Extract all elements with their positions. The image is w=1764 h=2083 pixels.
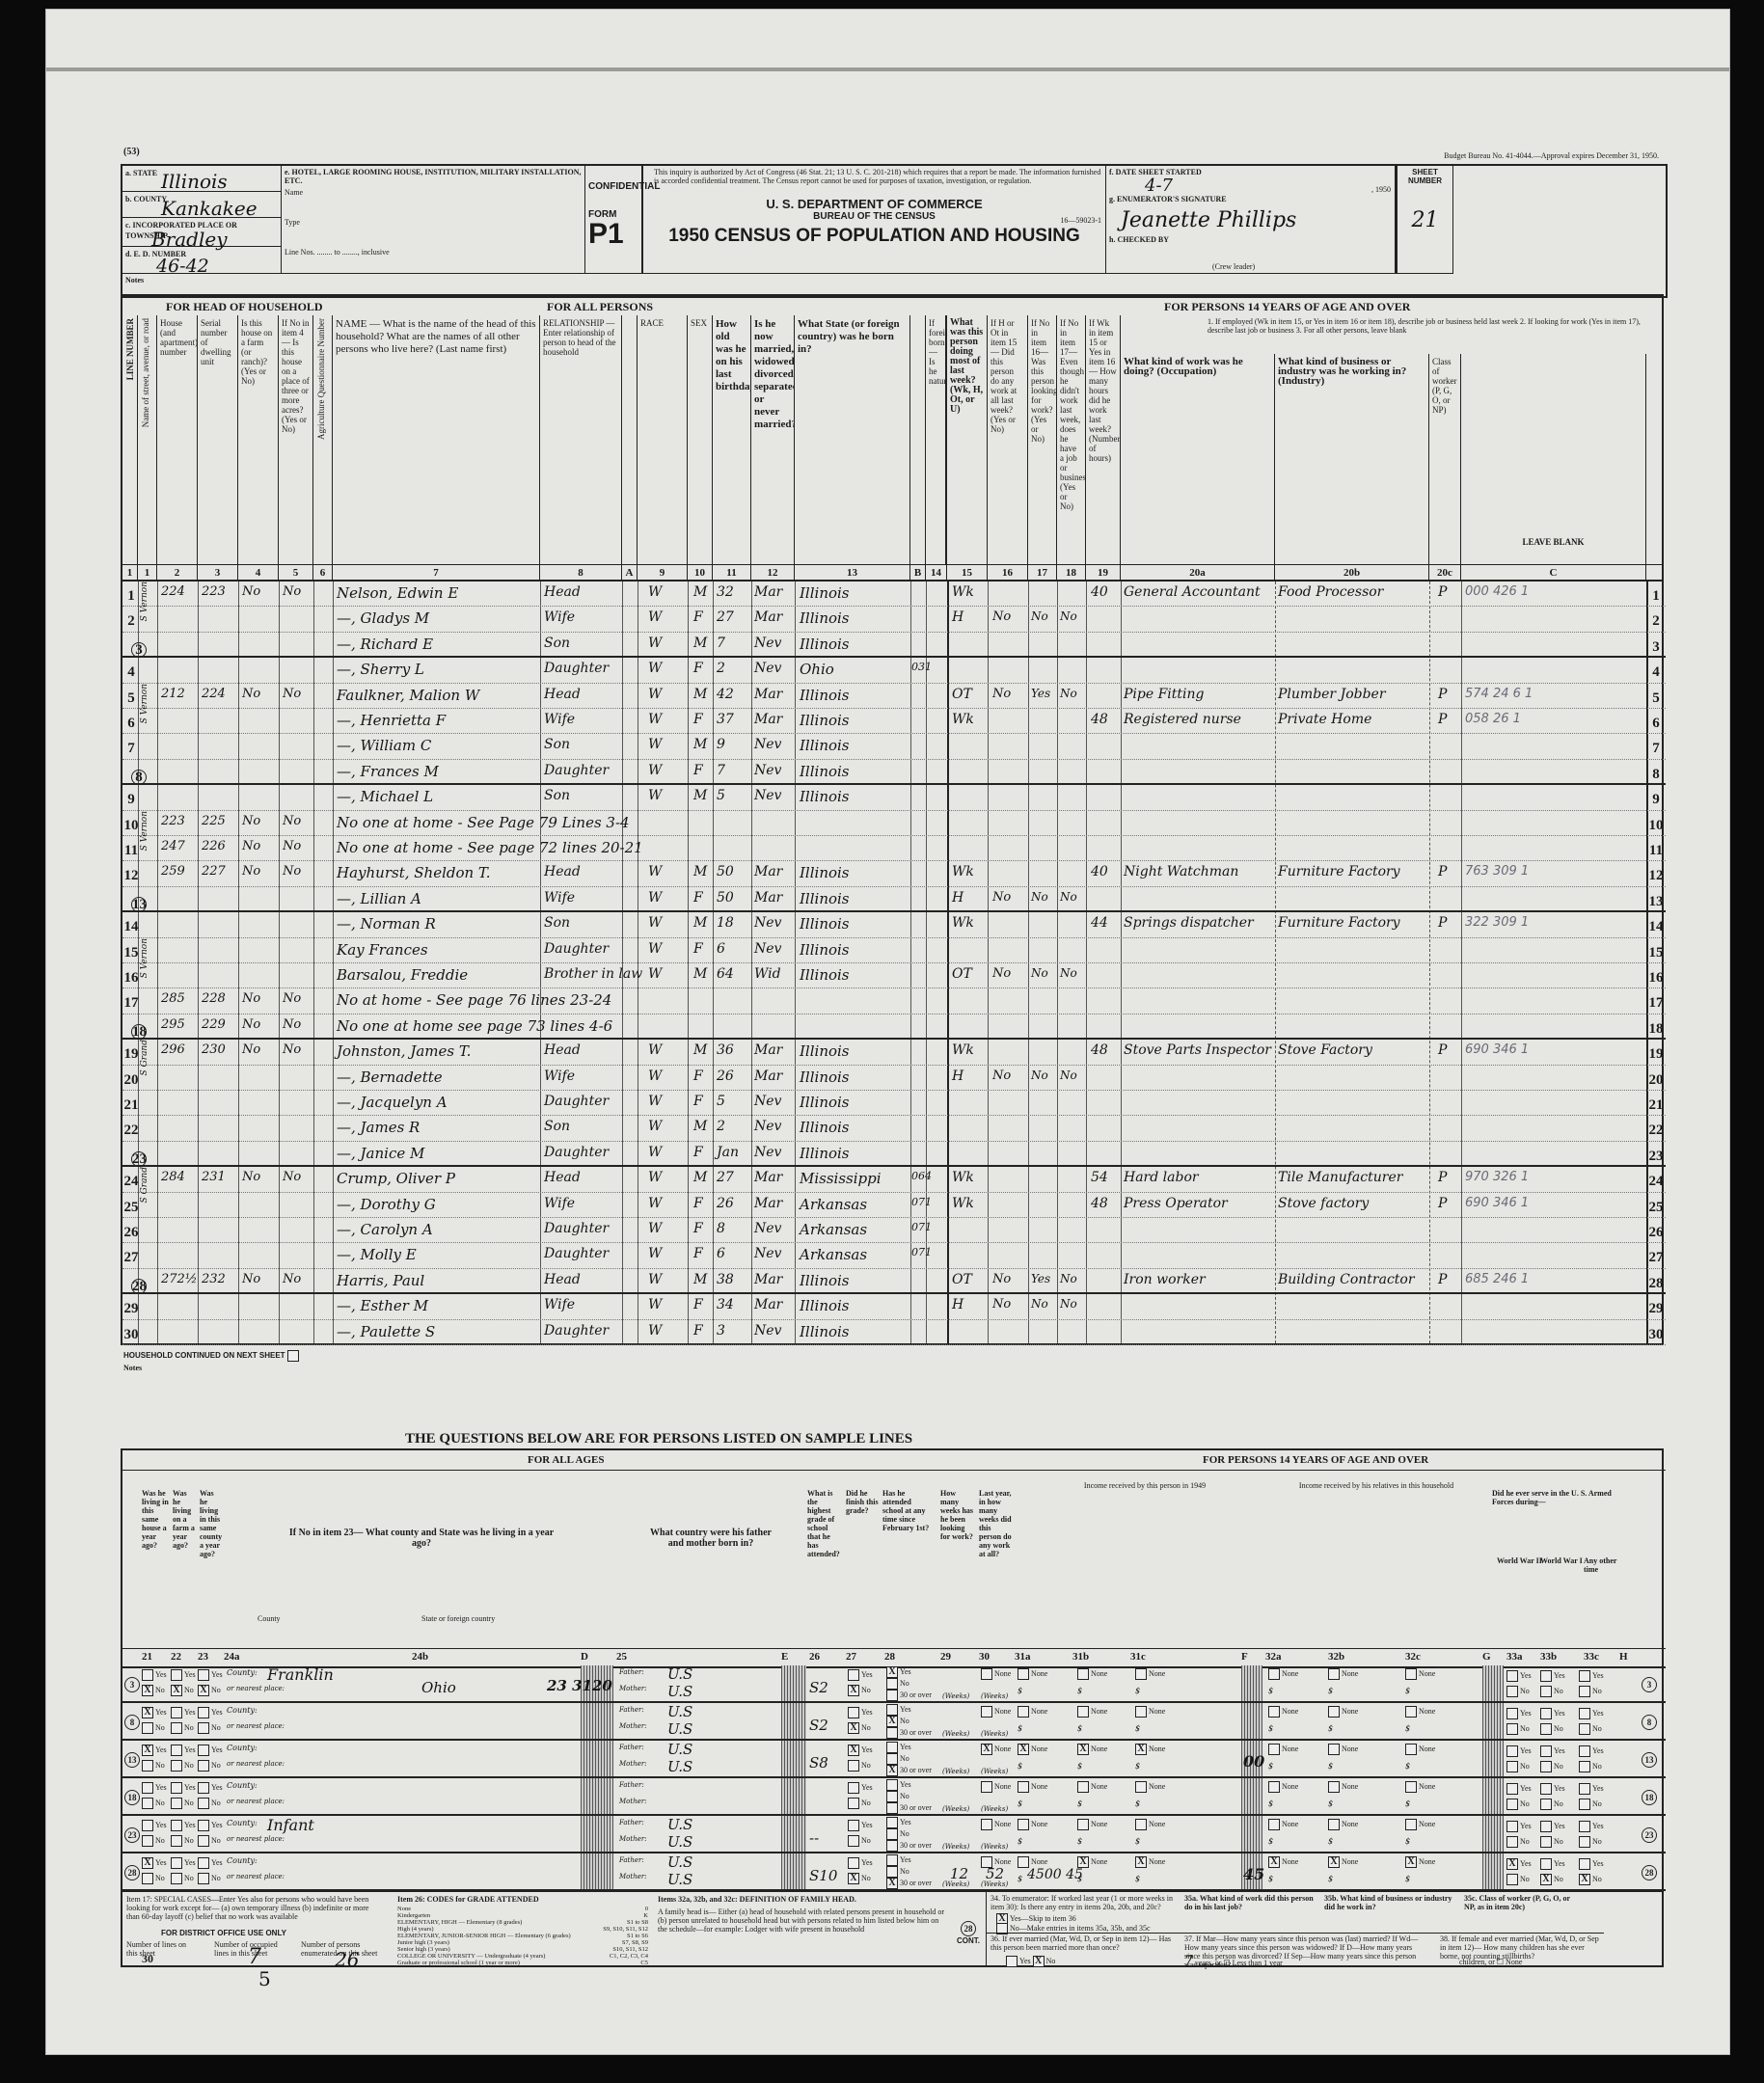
other-no[interactable]: No	[1579, 1761, 1602, 1772]
section-persons-14: FOR PERSONS 14 YEARS OF AGE AND OVER	[1164, 300, 1410, 314]
inc32-none[interactable]: None	[1405, 1668, 1435, 1680]
sample-c23-no[interactable]: No	[198, 1798, 221, 1809]
line-number-right: 12	[1647, 868, 1665, 884]
house-number-cell: 285	[161, 991, 185, 1006]
attend-yes[interactable]: Yes	[886, 1779, 911, 1791]
inc32-none[interactable]: XNone	[1405, 1856, 1435, 1868]
inc32-none[interactable]: XNone	[1268, 1856, 1298, 1868]
q38-text: 38. If female and ever married (Mar, Wd,…	[1440, 1934, 1604, 1961]
other-no[interactable]: XNo	[1579, 1874, 1602, 1885]
ww2-no[interactable]: No	[1506, 1874, 1530, 1885]
enumerator-block: f. DATE SHEET STARTED 4-7 , 1950 g. ENUM…	[1106, 166, 1396, 274]
sample-c21-yes[interactable]: XYes	[142, 1857, 167, 1869]
dollar-sign: $	[1328, 1799, 1333, 1808]
race-cell: W	[648, 763, 662, 778]
dept-title: U. S. DEPARTMENT OF COMMERCE	[646, 197, 1102, 211]
other-yes[interactable]: Yes	[1579, 1745, 1604, 1757]
col-agriculture: Agriculture Questionnaire Number	[313, 315, 333, 564]
name-cell: —, James R	[337, 1119, 420, 1136]
line-number-right: 10	[1647, 818, 1665, 834]
col-race: RACE	[638, 315, 688, 564]
sample-c22-no[interactable]: XNo	[171, 1685, 194, 1696]
relationship-cell: Head	[544, 1042, 581, 1058]
sample-c22-no[interactable]: No	[171, 1760, 194, 1772]
marital-cell: Mar	[754, 1297, 782, 1312]
inc32-none[interactable]: None	[1328, 1781, 1358, 1793]
ww2-no[interactable]: No	[1506, 1686, 1530, 1697]
sample-c22-yes[interactable]: Yes	[171, 1820, 196, 1831]
farm-cell: No	[242, 1272, 260, 1286]
grade-code-row: Junior high (3 years)S7, S8, S9	[397, 1939, 648, 1946]
sample-c21-no[interactable]: No	[142, 1835, 165, 1847]
colnum: 13	[795, 564, 910, 582]
sample-c23-yes[interactable]: Yes	[198, 1669, 223, 1681]
dollar-sign: $	[1018, 1837, 1022, 1846]
sample-colnum: 31c	[1130, 1651, 1146, 1663]
relationship-cell: Head	[544, 687, 581, 702]
inc31b-none[interactable]: XNone	[1077, 1744, 1107, 1755]
sample-c22-yes[interactable]: Yes	[171, 1745, 196, 1756]
sample-c22-no[interactable]: No	[171, 1835, 194, 1847]
other-yes[interactable]: Yes	[1579, 1783, 1604, 1795]
table-row: 2323—, Janice MDaughterWFJanNevIllinois	[122, 1142, 1666, 1167]
sample-c23-yes[interactable]: Yes	[198, 1707, 223, 1718]
sample-c22-yes[interactable]: Yes	[171, 1782, 196, 1794]
line-number-right: 21	[1647, 1097, 1665, 1114]
attend-yes[interactable]: Yes	[886, 1854, 911, 1866]
ww1-yes[interactable]: Yes	[1540, 1745, 1565, 1757]
inc32-none[interactable]: None	[1405, 1706, 1435, 1718]
state-label: a. STATE	[125, 169, 157, 177]
table-row: 2929—, Esther MWifeWF34MarIllinoisHNoNoN…	[122, 1294, 1666, 1319]
inc32-none[interactable]: None	[1405, 1744, 1435, 1755]
finish-yes[interactable]: Yes	[848, 1669, 873, 1681]
household-continued-checkbox[interactable]	[287, 1350, 299, 1362]
attend-no[interactable]: No	[886, 1866, 909, 1878]
inc31c-none[interactable]: None	[1135, 1668, 1165, 1680]
attend-no[interactable]: No	[886, 1828, 909, 1840]
inc32-none[interactable]: None	[1405, 1781, 1435, 1793]
ww2-no[interactable]: No	[1506, 1836, 1530, 1848]
sample-c23-yes[interactable]: Yes	[198, 1782, 223, 1794]
line-number: 4	[122, 664, 140, 681]
sample-col-24: If No in item 23— What county and State …	[286, 1528, 556, 1549]
dollar-sign: $	[1268, 1687, 1273, 1695]
sample-colnum: 32b	[1328, 1651, 1344, 1663]
marital-cell: Nev	[754, 1145, 781, 1160]
inc31a-none[interactable]: None	[1018, 1706, 1047, 1718]
marital-cell: Mar	[754, 864, 782, 879]
sample-c21-yes[interactable]: XYes	[142, 1707, 167, 1718]
sample-col-23: Was he living in this same county a year…	[200, 1489, 223, 1558]
mother-country: U.S	[667, 1871, 692, 1888]
attend-yes[interactable]: XYes	[886, 1666, 911, 1678]
name-cell: No at home - See page 76 lines 23-24	[337, 991, 611, 1009]
sample-c23-no[interactable]: No	[198, 1722, 221, 1734]
attend-30-over[interactable]: 30 or over	[886, 1690, 932, 1701]
sample-col-26: What is the highest grade of school that…	[807, 1489, 842, 1558]
col-has-job: If No in item 17— Even though he didn't …	[1057, 315, 1086, 564]
date-value: 4-7	[1145, 176, 1173, 196]
sample-c22-yes[interactable]: Yes	[171, 1857, 196, 1869]
line-number: 24	[122, 1174, 140, 1190]
sample-c23-yes[interactable]: Yes	[198, 1745, 223, 1756]
age-cell: 50	[717, 890, 734, 906]
race-cell: W	[648, 1272, 662, 1287]
q36-answer[interactable]: Yes XNo	[1006, 1956, 1055, 1967]
occupation-cell: Night Watchman	[1124, 864, 1238, 879]
class-cell: P	[1438, 1042, 1447, 1058]
sample-c23-no[interactable]: XNo	[198, 1685, 221, 1696]
ww2-no[interactable]: No	[1506, 1799, 1530, 1810]
ww1-yes[interactable]: Yes	[1540, 1783, 1565, 1795]
acres-cell: No	[283, 1017, 301, 1032]
table-row: 1313—, Lillian AWifeWF50MarIllinoisHNoNo…	[122, 887, 1666, 912]
line-number-right: 26	[1647, 1225, 1665, 1241]
ww1-yes[interactable]: Yes	[1540, 1858, 1565, 1870]
ww2-yes[interactable]: Yes	[1506, 1745, 1532, 1757]
notes-label-bottom: Notes	[123, 1364, 142, 1372]
sample-c23-no[interactable]: No	[198, 1835, 221, 1847]
inc31b-none[interactable]: None	[1077, 1668, 1107, 1680]
confidential-block: CONFIDENTIAL FORM P1	[585, 166, 643, 274]
ww1-no[interactable]: No	[1540, 1799, 1563, 1810]
attend-30-over[interactable]: X30 or over	[886, 1765, 932, 1776]
dollar-sign: $	[1268, 1875, 1273, 1883]
table-row: 2626—, Carolyn ADaughterWF8NevArkansas07…	[122, 1218, 1666, 1243]
inc31a-none[interactable]: None	[1018, 1668, 1047, 1680]
sex-cell: F	[693, 609, 703, 625]
name-cell: —, Gladys M	[337, 609, 429, 627]
district-office-label: FOR DISTRICT OFFICE USE ONLY	[161, 1929, 286, 1937]
other-yes[interactable]: Yes	[1579, 1858, 1604, 1870]
code-b-cell: 071	[911, 1196, 932, 1208]
sex-cell: M	[693, 737, 707, 752]
age-cell: 37	[717, 712, 734, 727]
relationship-cell: Daughter	[544, 1221, 609, 1236]
finish-yes[interactable]: Yes	[848, 1857, 873, 1869]
sample-col-27: Did he finish this grade?	[846, 1489, 879, 1515]
birthplace-cell: Arkansas	[800, 1246, 867, 1263]
weeks-worked-none[interactable]: XNone	[981, 1744, 1011, 1755]
sample-colnum: 32a	[1265, 1651, 1282, 1663]
inc31b-none[interactable]: XNone	[1077, 1856, 1107, 1868]
sample-line-marker-right: 18	[1642, 1790, 1657, 1805]
finish-no[interactable]: No	[848, 1798, 871, 1809]
other-yes[interactable]: Yes	[1579, 1670, 1604, 1682]
other-no[interactable]: No	[1579, 1836, 1602, 1848]
dollar-sign: $	[1405, 1837, 1410, 1846]
ww2-yes[interactable]: Yes	[1506, 1708, 1532, 1719]
birthplace-cell: Illinois	[800, 712, 850, 729]
dollar-sign: $	[1328, 1687, 1333, 1695]
race-cell: W	[648, 864, 662, 879]
sample-colnum: 33b	[1540, 1651, 1557, 1663]
colnum: 11	[713, 564, 751, 582]
ww1-no[interactable]: No	[1540, 1836, 1563, 1848]
sample-c21-no[interactable]: No	[142, 1873, 165, 1884]
attend-30-over[interactable]: X30 or over	[886, 1878, 932, 1889]
ww1-yes[interactable]: Yes	[1540, 1670, 1565, 1682]
line-number: 17	[122, 995, 140, 1012]
father-label: Father:	[619, 1781, 644, 1789]
weeks-worked-none[interactable]: None	[981, 1856, 1011, 1868]
attend-30-over[interactable]: 30 or over	[886, 1840, 932, 1852]
sample-c21-no[interactable]: No	[142, 1798, 165, 1809]
other-no[interactable]: No	[1579, 1686, 1602, 1697]
industry-cell: Furniture Factory	[1278, 915, 1400, 931]
county-label: County:	[227, 1781, 258, 1790]
sample-col-24b: State or foreign country	[421, 1614, 495, 1623]
col-house: House (and apartment) number	[157, 315, 198, 564]
other-no[interactable]: No	[1579, 1723, 1602, 1735]
inc32-none[interactable]: None	[1268, 1744, 1298, 1755]
sample-line-marker: 3	[124, 1677, 140, 1692]
any-work-cell: No	[992, 890, 1011, 905]
age-cell: 9	[717, 737, 725, 752]
colnum: 20b	[1275, 564, 1429, 582]
relationship-cell: Head	[544, 1272, 581, 1287]
checked-by-label: h. CHECKED BY	[1109, 235, 1169, 244]
dollar-sign: $	[1077, 1837, 1082, 1846]
sample-colnum: 31b	[1072, 1651, 1089, 1663]
marital-cell: Mar	[754, 584, 782, 600]
sample-c21-no[interactable]: No	[142, 1760, 165, 1772]
inc31c-none[interactable]: XNone	[1135, 1744, 1165, 1755]
ww1-yes[interactable]: Yes	[1540, 1708, 1565, 1719]
nearest-place-label: or nearest place:	[227, 1798, 285, 1805]
marital-cell: Nev	[754, 737, 781, 752]
inc31a-none[interactable]: None	[1018, 1819, 1047, 1830]
nearest-place-label: or nearest place:	[227, 1722, 285, 1730]
finish-yes[interactable]: Yes	[848, 1782, 873, 1794]
institution-type-label: Type	[285, 218, 582, 227]
sheet-header: a. STATE Illinois b. COUNTY Kankakee c. …	[121, 164, 1668, 298]
col-hours: If Wk in item 15 or Yes in item 16— How …	[1086, 315, 1121, 564]
sample-c22-yes[interactable]: Yes	[171, 1707, 196, 1718]
inc32-none[interactable]: None	[1405, 1819, 1435, 1830]
attend-yes[interactable]: Yes	[886, 1817, 911, 1828]
activity-cell: Wk	[952, 712, 974, 727]
race-cell: W	[648, 1145, 662, 1160]
finish-no[interactable]: XNo	[848, 1722, 871, 1734]
sample-c21-yes[interactable]: Yes	[142, 1820, 167, 1831]
inc31c-none[interactable]: None	[1135, 1819, 1165, 1830]
attend-yes[interactable]: Yes	[886, 1742, 911, 1753]
serial-number-cell: 228	[202, 991, 226, 1006]
inc31b-none[interactable]: None	[1077, 1819, 1107, 1830]
race-cell: W	[648, 1042, 662, 1058]
line-number-right: 22	[1647, 1123, 1665, 1139]
inc32-none[interactable]: None	[1268, 1819, 1298, 1830]
inc31c-none[interactable]: None	[1135, 1706, 1165, 1718]
state-value: Illinois	[161, 170, 228, 193]
col-leave-blank-c: LEAVE BLANK	[1461, 354, 1646, 564]
sample-c23-no[interactable]: No	[198, 1873, 221, 1884]
colnum: 20c	[1429, 564, 1461, 582]
activity-cell: H	[952, 890, 963, 906]
inc32-none[interactable]: None	[1328, 1744, 1358, 1755]
occupation-cell: Pipe Fitting	[1124, 687, 1205, 702]
inc32-none[interactable]: XNone	[1328, 1856, 1358, 1868]
finish-no[interactable]: XNo	[848, 1685, 871, 1696]
other-yes[interactable]: Yes	[1579, 1821, 1604, 1832]
sample-line-marker-right: 8	[1642, 1715, 1657, 1730]
col-street: Name of street, avenue, or road	[138, 315, 157, 564]
ww2-no[interactable]: No	[1506, 1761, 1530, 1772]
inc32-none[interactable]: None	[1328, 1706, 1358, 1718]
other-yes[interactable]: Yes	[1579, 1708, 1604, 1719]
name-cell: —, Paulette S	[337, 1323, 435, 1340]
attend-no[interactable]: No	[886, 1791, 909, 1802]
ww1-yes[interactable]: Yes	[1540, 1821, 1565, 1832]
ww1-no[interactable]: No	[1540, 1723, 1563, 1735]
industry-cell: Private Home	[1278, 712, 1371, 727]
budget-note: Budget Bureau No. 41-4044.—Approval expi…	[1321, 151, 1659, 160]
ww2-yes[interactable]: Yes	[1506, 1670, 1532, 1682]
finish-no[interactable]: No	[848, 1760, 871, 1772]
inc31c-none[interactable]: XNone	[1135, 1856, 1165, 1868]
dollar-sign: $	[1405, 1799, 1410, 1808]
class-cell: P	[1438, 1272, 1447, 1287]
occupation-cell: Iron worker	[1124, 1272, 1206, 1287]
inc31b-none[interactable]: None	[1077, 1706, 1107, 1718]
attend-30-over[interactable]: 30 or over	[886, 1727, 932, 1739]
looking-cell: No	[1031, 609, 1048, 623]
activity-cell: Wk	[952, 864, 974, 879]
house-number-cell: 259	[161, 864, 185, 879]
inc31a-none[interactable]: None	[1018, 1781, 1047, 1793]
inc31a-none[interactable]: XNone	[1018, 1744, 1047, 1755]
age-cell: 32	[717, 584, 734, 600]
dollar-sign: $	[1405, 1724, 1410, 1733]
inc32-none[interactable]: None	[1268, 1706, 1298, 1718]
sample-c21-yes[interactable]: Yes	[142, 1782, 167, 1794]
weeks-worked-none[interactable]: None	[981, 1781, 1011, 1793]
sex-cell: F	[693, 890, 703, 906]
attend-no[interactable]: No	[886, 1678, 909, 1690]
inc32-none[interactable]: None	[1328, 1668, 1358, 1680]
name-cell: —, Norman R	[337, 915, 436, 933]
extra-mark: 5	[258, 1967, 271, 1990]
dollar-sign: $	[1018, 1724, 1022, 1733]
grade-code-row: High (4 years)S9, S10, S11, S12	[397, 1926, 648, 1933]
has-job-cell: No	[1060, 890, 1077, 904]
ww2-yes[interactable]: Yes	[1506, 1821, 1532, 1832]
finish-yes[interactable]: Yes	[848, 1820, 873, 1831]
sample-c23-yes[interactable]: Yes	[198, 1857, 223, 1869]
attend-no[interactable]: No	[886, 1753, 909, 1765]
sample-c22-no[interactable]: No	[171, 1873, 194, 1884]
attend-30-over[interactable]: 30 or over	[886, 1802, 932, 1814]
ww2-yes[interactable]: Yes	[1506, 1783, 1532, 1795]
sample-colnum: 32c	[1405, 1651, 1421, 1663]
attend-no[interactable]: XNo	[886, 1716, 909, 1727]
activity-cell: Wk	[952, 1042, 974, 1058]
serial-number-cell: 225	[202, 814, 226, 828]
any-work-cell: No	[992, 609, 1011, 624]
inc32-none[interactable]: None	[1328, 1819, 1358, 1830]
inc31c-none[interactable]: None	[1135, 1781, 1165, 1793]
any-work-cell: No	[992, 966, 1011, 981]
ww1-no[interactable]: No	[1540, 1686, 1563, 1697]
weeks-worked-none[interactable]: None	[981, 1706, 1011, 1718]
sample-c22-yes[interactable]: Yes	[171, 1669, 196, 1681]
looking-cell: Yes	[1031, 1272, 1050, 1285]
sheet-number-block: SHEET NUMBER 21	[1396, 166, 1453, 274]
sex-cell: M	[693, 1272, 707, 1287]
sample-c23-yes[interactable]: Yes	[198, 1820, 223, 1831]
attend-yes[interactable]: Yes	[886, 1704, 911, 1716]
table-row: 66—, Henrietta FWifeWF37MarIllinoisWk48R…	[122, 709, 1666, 734]
colnum: 9	[638, 564, 688, 582]
sample-c23-no[interactable]: No	[198, 1760, 221, 1772]
weeks-worked-none[interactable]: None	[981, 1668, 1011, 1680]
sample-colnum: E	[781, 1651, 788, 1663]
line-number-right: 23	[1647, 1149, 1665, 1165]
inc31b-none[interactable]: None	[1077, 1781, 1107, 1793]
dollar-sign: $	[1405, 1762, 1410, 1771]
line-number-right: 9	[1647, 792, 1665, 808]
finish-yes[interactable]: XYes	[848, 1745, 873, 1756]
age-cell: 6	[717, 941, 725, 957]
enumerator-signature: Jeanette Phillips	[1121, 208, 1296, 232]
ww2-no[interactable]: No	[1506, 1723, 1530, 1735]
finish-yes[interactable]: Yes	[848, 1707, 873, 1718]
weeks-looking-value: 12	[950, 1865, 968, 1882]
sample-c21-no[interactable]: No	[142, 1722, 165, 1734]
ww1-no[interactable]: XNo	[1540, 1874, 1563, 1885]
mother-label: Mother:	[619, 1873, 647, 1880]
name-cell: —, Henrietta F	[337, 712, 446, 729]
house-number-cell: 224	[161, 584, 185, 599]
sample-c22-no[interactable]: No	[171, 1798, 194, 1809]
relationship-cell: Daughter	[544, 661, 609, 676]
ww1-no[interactable]: No	[1540, 1761, 1563, 1772]
marital-cell: Nev	[754, 1323, 781, 1339]
other-no[interactable]: No	[1579, 1799, 1602, 1810]
serial-number-cell: 223	[202, 584, 226, 599]
has-job-cell: No	[1060, 1297, 1077, 1311]
race-cell: W	[648, 1094, 662, 1109]
sample-colnum: 27	[846, 1651, 856, 1663]
sample-line-marker: 13	[124, 1752, 140, 1768]
finish-no[interactable]: XNo	[848, 1873, 871, 1884]
weeks-worked-none[interactable]: None	[981, 1819, 1011, 1830]
nearest-place-label: or nearest place:	[227, 1760, 285, 1768]
house-number-cell: 295	[161, 1017, 185, 1032]
name-cell: —, Bernadette	[337, 1069, 443, 1086]
sample-c21-yes[interactable]: Yes	[142, 1669, 167, 1681]
ww2-yes[interactable]: XYes	[1506, 1858, 1532, 1870]
race-cell: W	[648, 737, 662, 752]
col-leave-blank-b	[910, 315, 926, 564]
inc32-none[interactable]: None	[1268, 1781, 1298, 1793]
col-birthplace: What State (or foreign country) was he b…	[795, 315, 910, 564]
sex-cell: M	[693, 1170, 707, 1185]
finish-no[interactable]: No	[848, 1835, 871, 1847]
age-cell: 26	[717, 1069, 734, 1084]
name-cell: Faulkner, Malion W	[337, 687, 479, 704]
sample-colnum: 22	[171, 1651, 181, 1663]
sample-c21-no[interactable]: XNo	[142, 1685, 165, 1696]
col-any-work: If H or Ot in item 15— Did this person d…	[988, 315, 1028, 564]
sample-c22-no[interactable]: No	[171, 1722, 194, 1734]
col-looking: If No in item 16— Was this person lookin…	[1028, 315, 1057, 564]
inc32-none[interactable]: None	[1268, 1668, 1298, 1680]
sample-colnum: 33c	[1584, 1651, 1599, 1663]
sample-c21-yes[interactable]: XYes	[142, 1745, 167, 1756]
